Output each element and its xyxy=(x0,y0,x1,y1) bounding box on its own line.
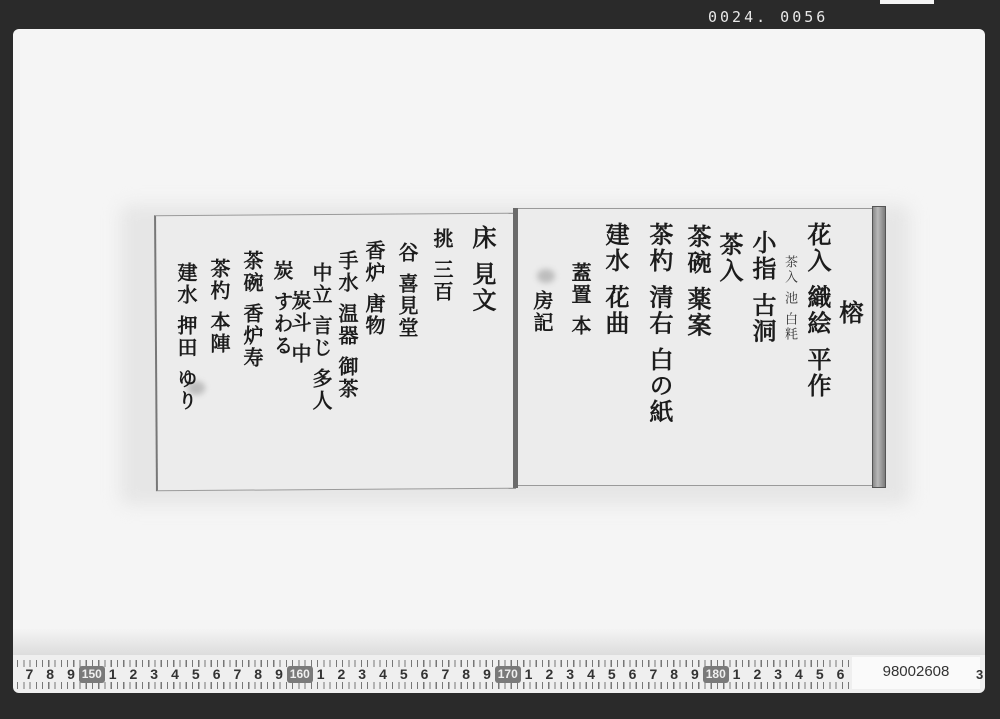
ruler-label: 4 xyxy=(165,666,186,683)
ruler-labels: 7 8 9 150 1 2 3 4 5 6 7 8 9 160 1 2 3 4 … xyxy=(19,666,851,683)
ruler-label: 8 xyxy=(40,666,61,683)
text-column: 茶杓 本陣 xyxy=(205,258,234,398)
ruler-label: 5 xyxy=(809,666,830,683)
text-column: 花入 織絵 平作 xyxy=(800,222,835,442)
text-column: 茶入 池 白粍 xyxy=(780,255,799,405)
text-column: 茶碗 薬案 xyxy=(680,224,715,424)
text-column: 炭 すわる xyxy=(268,260,297,420)
ruler-major-label: 180 xyxy=(703,666,729,683)
ruler-label: 2 xyxy=(539,666,560,683)
ruler-label: 7 xyxy=(643,666,664,683)
ruler-label: 8 xyxy=(248,666,269,683)
ruler-label: 1 xyxy=(726,666,747,683)
ruler-major-label: 150 xyxy=(79,666,105,683)
ruler-label: 4 xyxy=(789,666,810,683)
ruler-label: 5 xyxy=(601,666,622,683)
text-column: 茶入 xyxy=(712,232,747,382)
text-column: 香炉 唐物 xyxy=(360,240,389,370)
text-column: 床 見文 xyxy=(465,225,500,365)
text-column: 小指 古洞 xyxy=(745,230,780,390)
ruler-label: 2 xyxy=(331,666,352,683)
text-column: 手水 温器 御茶 xyxy=(333,250,362,450)
ruler-label: 6 xyxy=(622,666,643,683)
ruler-label: 8 xyxy=(456,666,477,683)
ruler-label: 1 xyxy=(102,666,123,683)
text-column: 榕 xyxy=(832,300,867,326)
ruler-label: 5 xyxy=(185,666,206,683)
ruler-label: 3 xyxy=(352,666,373,683)
ruler-label: 2 xyxy=(123,666,144,683)
ruler-label: 8 xyxy=(664,666,685,683)
ruler-label: 7 xyxy=(227,666,248,683)
frame-marker xyxy=(880,0,934,4)
text-column: 茶杓 清右 白の紙 xyxy=(642,222,677,432)
text-column: 挑 三百 xyxy=(428,228,457,378)
ruler-label: 6 xyxy=(414,666,435,683)
measurement-ruler: 7 8 9 150 1 2 3 4 5 6 7 8 9 160 1 2 3 4 … xyxy=(13,655,985,693)
ruler-major-label: 160 xyxy=(287,666,313,683)
ruler-label: 3 xyxy=(976,667,983,682)
ruler-label: 3 xyxy=(560,666,581,683)
ruler-label: 5 xyxy=(393,666,414,683)
ruler-label: 1 xyxy=(518,666,539,683)
ruler-label: 4 xyxy=(581,666,602,683)
frame-counter: 0024. 0056 xyxy=(708,8,828,26)
specimen-id-label: 98002608 xyxy=(852,657,980,689)
ruler-label: 7 xyxy=(435,666,456,683)
text-column: 建水 押田 ゆり xyxy=(172,262,201,432)
page-edges xyxy=(872,206,886,488)
ruler-label: 1 xyxy=(310,666,331,683)
ruler-label: 6 xyxy=(830,666,851,683)
ruler-label: 3 xyxy=(768,666,789,683)
stain xyxy=(537,269,555,283)
ruler-label: 3 xyxy=(144,666,165,683)
ruler-label: 6 xyxy=(206,666,227,683)
text-column: 茶碗 香炉寿 xyxy=(238,250,267,410)
ruler-major-label: 170 xyxy=(495,666,521,683)
ruler-ticks xyxy=(17,682,855,689)
book-gutter xyxy=(513,208,518,488)
text-column: 房記 xyxy=(528,290,557,380)
text-column: 谷 喜見堂 xyxy=(393,242,422,392)
text-column: 蓋置 本 xyxy=(566,262,595,412)
ruler-label: 7 xyxy=(19,666,40,683)
ruler-label: 2 xyxy=(747,666,768,683)
ruler-label: 4 xyxy=(373,666,394,683)
text-column: 建水 花曲 xyxy=(598,222,633,382)
